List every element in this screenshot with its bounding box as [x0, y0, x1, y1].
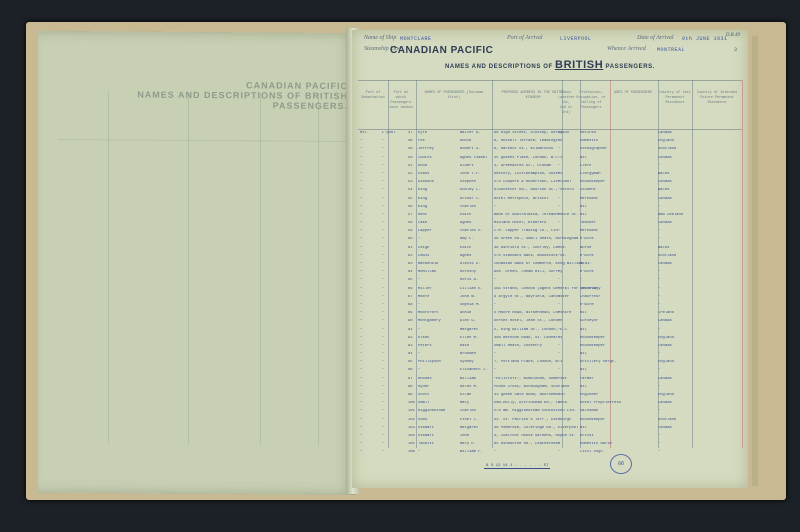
- table-row: ""99ScottAllan33 Queen Gate Road, Bourne…: [358, 392, 742, 400]
- cell-country: Canada: [658, 197, 672, 201]
- cell-address: 6, Harbour St., Kilmarnock: [494, 147, 553, 151]
- cell-cls: ": [558, 319, 560, 323]
- cell-given: William F.: [460, 450, 483, 454]
- cell-cls: ": [558, 295, 560, 299]
- cell-occ: Nil: [580, 262, 587, 266]
- cell-no: 51: [408, 164, 413, 168]
- cell-port: ": [382, 450, 384, 454]
- cell-occ: Stenographer: [580, 147, 607, 151]
- cell-occ: Engineer: [580, 393, 598, 397]
- cell-given: Charles: [460, 205, 476, 209]
- cell-given: William: [460, 377, 476, 381]
- cell-cls: ": [558, 139, 560, 143]
- cell-given: Walter A.: [460, 131, 481, 135]
- cell-surname: ": [418, 368, 420, 372]
- cell-embark: ": [360, 352, 362, 356]
- cell-given: Mary E.: [460, 442, 476, 446]
- table-row: ""104StewartJohn4, Chalfont House Garden…: [358, 433, 742, 441]
- table-row: ""90MontgomeryAlec G.Dorset Hotel, Jean …: [358, 318, 742, 326]
- cell-embark: ": [360, 254, 362, 258]
- cell-no: 104: [408, 434, 415, 438]
- cell-embark: ": [360, 147, 362, 151]
- cell-embark: ": [360, 336, 362, 340]
- cell-country: Canada: [658, 131, 672, 135]
- cell-cls: ": [558, 418, 560, 422]
- table-row: ""54KingDudley L.Gloucester Rd., Bourton…: [358, 187, 742, 195]
- cell-occ: Domestic Nurse: [580, 442, 612, 446]
- cell-embark: Mtl.: [360, 131, 369, 135]
- cell-country: Wales: [658, 188, 669, 192]
- cell-no: 57: [408, 213, 413, 217]
- cell-address: 46 Green Rd., Small Heath, Birmingham: [494, 237, 578, 241]
- cell-given: Amy L.: [460, 237, 474, 241]
- table-row: ""97RhodesWilliam"Hillcroft", Wimbledon,…: [358, 376, 742, 384]
- cell-port: ": [382, 205, 384, 209]
- cell-given: John T.F.: [460, 172, 481, 176]
- cell-given: Agnes Isabel: [460, 156, 487, 160]
- ghost-rule: [108, 91, 109, 443]
- table-row: ""103StewartMargaret46 Pembroke, Colerid…: [358, 425, 742, 433]
- table-row: ""49JeffreyRobert G.6, Harbour St., Kilm…: [358, 146, 742, 154]
- title-prefix: NAMES AND DESCRIPTIONS OF: [445, 64, 553, 70]
- cell-surname: Moore: [418, 295, 429, 299]
- cell-occ: Student: [580, 188, 596, 192]
- cell-embark: ": [360, 188, 362, 192]
- table-row: ""60"Amy L.46 Green Rd., Small Heath, Bi…: [358, 236, 742, 244]
- cell-surname: Miller: [418, 287, 432, 291]
- cell-port: ": [382, 418, 384, 422]
- col-header-future-residence: Country of Intended Future Permanent Res…: [694, 91, 740, 106]
- col-header-names: NAMES OF PASSENGERS (Surname first): [422, 91, 486, 101]
- cell-cls: ": [558, 205, 560, 209]
- cell-given: Bronwen: [460, 352, 476, 356]
- cell-country: England: [658, 360, 674, 364]
- whence-arrived-value: MONTREAL: [657, 47, 685, 53]
- cell-country: ": [658, 164, 660, 168]
- cell-address: "Hillcroft", Wimbledon, Somerset: [494, 377, 567, 381]
- cell-surname: Higginbotham: [418, 409, 445, 413]
- cell-port: ": [382, 180, 384, 184]
- cell-address: ": [494, 450, 496, 454]
- ghost-rule: [260, 92, 261, 444]
- cell-country: Ireland: [658, 311, 674, 315]
- cell-given: Stephen: [460, 180, 476, 184]
- table-row: ""57KentEdithBank of Australasia, Thread…: [358, 212, 742, 220]
- cell-country: ": [658, 368, 660, 372]
- cell-embark: ": [360, 344, 362, 348]
- circled-annotation: 66: [610, 454, 632, 474]
- cell-occ: Civil Engr.: [580, 450, 605, 454]
- table-row: ""52EvansJohn T.F.Rectory, Littlehampton…: [358, 171, 742, 179]
- port-of-arrival-value: LIVERPOOL: [560, 36, 592, 42]
- cell-given: Albert: [460, 164, 474, 168]
- cell-embark: ": [360, 385, 362, 389]
- cell-port: ": [382, 147, 384, 151]
- cell-country: ": [658, 237, 660, 241]
- cell-country: ": [658, 278, 660, 282]
- cell-port: ": [382, 278, 384, 282]
- cell-address: 4, Chalfont House Gardens, Ripon St.: [494, 434, 576, 438]
- cell-embark: ": [360, 270, 362, 274]
- cell-address: 48 Ashfield St., Chorley, Lancs.: [494, 246, 567, 250]
- cell-occ: H'wife: [580, 303, 594, 307]
- cell-no: 91: [408, 328, 413, 332]
- table-row: ""106"William F.""Civil Engr.": [358, 449, 742, 457]
- cell-port: ": [382, 197, 384, 201]
- cell-country: Wales: [658, 246, 669, 250]
- cell-cls: ": [558, 360, 560, 364]
- cell-port: ": [382, 393, 384, 397]
- cell-embark: ": [360, 278, 362, 282]
- cell-surname: ": [418, 278, 420, 282]
- cell-cls: ": [558, 246, 560, 250]
- cell-port: ": [382, 246, 384, 250]
- cell-address: 65 Ashbourne Rd., Leatherhead: [494, 442, 560, 446]
- cell-embark: ": [360, 328, 362, 332]
- cell-surname: Dodd: [418, 164, 427, 168]
- cell-cls: ": [558, 368, 560, 372]
- table-row: ""48FoxAnnie6, Russell Terrace, Leamingt…: [358, 138, 742, 146]
- cell-country: Scotland: [658, 418, 676, 422]
- cell-address: Small Heath, Coventry: [494, 344, 542, 348]
- cell-address: 388 Bethune Road, St. Leonards: [494, 336, 562, 340]
- cell-country: Scotland: [658, 254, 676, 258]
- cell-no: 49: [408, 147, 413, 151]
- cell-given: Alec G.: [460, 319, 476, 323]
- cell-occ: Nil: [580, 156, 587, 160]
- cell-occ: Nurse: [580, 246, 591, 250]
- cell-embark: ": [360, 393, 362, 397]
- cell-surname: King: [418, 205, 427, 209]
- cell-embark: ": [360, 409, 362, 413]
- cell-surname: Stewart: [418, 426, 434, 430]
- cell-port: ": [382, 221, 384, 225]
- cell-cls: ": [558, 385, 560, 389]
- cell-country: ": [658, 442, 660, 446]
- cell-surname: Coutts: [418, 156, 432, 160]
- cell-embark: ": [360, 418, 362, 422]
- cell-given: John: [460, 434, 469, 438]
- cell-country: England: [658, 336, 674, 340]
- col-header-last-residence: Country of last Permanent Residence: [658, 91, 692, 106]
- table-row: ""92OlsenEllen M.388 Bethune Road, St. L…: [358, 335, 742, 343]
- cell-country: Canada: [658, 180, 672, 184]
- cell-given: Doris A.: [460, 278, 478, 282]
- cell-surname: Rhodes: [418, 377, 432, 381]
- cell-no: 65: [408, 278, 413, 282]
- cell-cls: ": [558, 278, 560, 282]
- port-of-arrival-label: Port of Arrival: [507, 35, 543, 41]
- cell-country: ": [658, 270, 660, 274]
- cell-embark: ": [360, 156, 362, 160]
- cell-occ: H'wife: [580, 270, 594, 274]
- cell-port: ": [382, 156, 384, 160]
- table-row: ""50CouttsAgnes Isabel15 Queens Place, L…: [358, 155, 742, 163]
- cell-address: 46 Pembroke, Coleridge Rd., Liverpool: [494, 426, 578, 430]
- cell-address: 7, Portland Place, London, W.1: [494, 360, 562, 364]
- cell-country: New Zealand: [658, 213, 683, 217]
- cell-port: ": [382, 442, 384, 446]
- cell-surname: McMillan: [418, 270, 436, 274]
- cell-surname: Scott: [418, 393, 429, 397]
- cell-port: ": [382, 377, 384, 381]
- cell-country: Canada: [658, 156, 672, 160]
- cell-address: ": [494, 278, 496, 282]
- cell-surname: MacKenzie: [418, 262, 439, 266]
- cell-given: Arthur C.: [460, 197, 481, 201]
- cell-country: Scotland: [658, 147, 676, 151]
- cell-no: 50: [408, 156, 413, 160]
- table-row: ""94"Bronwen""Nil": [358, 351, 742, 359]
- cell-embark: ": [360, 434, 362, 438]
- cell-surname: Gibbons: [418, 180, 434, 184]
- cell-country: ": [658, 295, 660, 299]
- cell-given: Mary: [460, 401, 469, 405]
- cell-embark: ": [360, 319, 362, 323]
- cell-no: 100: [408, 401, 415, 405]
- left-page-ghost-title: CANADIAN PACIFIC NAMES AND DESCRIPTIONS …: [108, 79, 348, 111]
- cell-port: ": [382, 237, 384, 241]
- cell-surname: Kent: [418, 213, 427, 217]
- cell-cls: ": [558, 164, 560, 168]
- cell-cls: ": [558, 156, 560, 160]
- cell-country: Canada: [658, 377, 672, 381]
- cell-occ: Retired: [580, 131, 596, 135]
- cell-cls: ": [558, 180, 560, 184]
- date-of-arrival-value: 9th JUNE 1931: [682, 36, 728, 42]
- cell-no: 47: [408, 131, 413, 135]
- cell-embark: ": [360, 311, 362, 315]
- cell-surname: Evans: [418, 172, 429, 176]
- cell-embark: ": [360, 262, 362, 266]
- cell-country: ": [658, 450, 660, 454]
- cell-address: c/o Standard Bank, Woodstock St.: [494, 254, 567, 258]
- cell-surname: Olsen: [418, 336, 429, 340]
- cell-port: ": [382, 188, 384, 192]
- table-row: ""51DoddAlbert4, Greenacres St., Oldham"…: [358, 163, 742, 171]
- col-header-ages: AGES OF PASSENGERS: [610, 91, 656, 96]
- ghost-subtitle: NAMES AND DESCRIPTIONS OF BRITISH PASSEN…: [108, 89, 348, 111]
- table-row: ""64McMillanDorothyAve. Green, Cheam Hil…: [358, 269, 742, 277]
- cell-country: ": [658, 328, 660, 332]
- cell-embark: ": [360, 229, 362, 233]
- cell-no: 60: [408, 237, 413, 241]
- cell-cls: ": [558, 328, 560, 332]
- table-row: ""105TabbittMary E.65 Ashbourne Rd., Lea…: [358, 441, 742, 449]
- ship-name-value: MONTCLARE: [400, 36, 432, 42]
- cell-port: ": [382, 434, 384, 438]
- col-header-class: Class (whether 1st, 2nd or 3rd): [558, 91, 574, 116]
- totals-line: 8 3 12 14 1 . . . . . . 57: [484, 464, 550, 469]
- cell-cls: ": [558, 377, 560, 381]
- cell-occ: Housekeeper: [580, 180, 605, 184]
- cell-occ: Artillery Sergt.: [580, 360, 616, 364]
- cell-given: Annie: [460, 139, 471, 143]
- cell-no: 99: [408, 393, 413, 397]
- cell-address: Midland Hotel, Bradford: [494, 221, 546, 225]
- cell-given: Dorothy: [460, 270, 476, 274]
- cell-cls: ": [558, 434, 560, 438]
- steamship-line-value: CANADIAN PACIFIC: [390, 45, 493, 56]
- cell-given: Helen M.: [460, 385, 478, 389]
- cell-cls: ": [558, 287, 560, 291]
- cell-country: ": [658, 229, 660, 233]
- cell-port: ": [382, 295, 384, 299]
- cell-cls: ": [558, 213, 560, 217]
- cell-no: 95: [408, 360, 413, 364]
- cell-no: 103: [408, 426, 415, 430]
- cell-no: 105: [408, 442, 415, 446]
- cell-occ: Nil: [580, 426, 587, 430]
- cell-country: ": [658, 409, 660, 413]
- cell-port: ": [382, 287, 384, 291]
- cell-given: Ellen M.: [460, 336, 478, 340]
- table-row: ""68"Sophia M.""H'wife": [358, 302, 742, 310]
- cell-address: C.M. Lapper Trading Co., Ltd.: [494, 229, 560, 233]
- cell-country: Canada: [658, 401, 672, 405]
- cell-occ: Hotel Proprietress: [580, 401, 621, 405]
- manifest-page: D.R.49 Name of Ship MONTCLARE Port of Ar…: [352, 30, 748, 488]
- cell-country: Canada: [658, 262, 672, 266]
- cell-embark: ": [360, 246, 362, 250]
- cell-cls: ": [558, 409, 560, 413]
- cell-cls: ": [558, 352, 560, 356]
- cell-no: 67: [408, 295, 413, 299]
- cell-no: 92: [408, 336, 413, 340]
- cell-cls: ": [558, 336, 560, 340]
- col-header-embarkation: Port of Embarkation: [360, 91, 386, 101]
- cell-port: L'pool: [382, 131, 396, 135]
- cell-address: 4, Greenacres St., Oldham: [494, 164, 551, 168]
- cell-given: Ethel C.: [460, 418, 478, 422]
- cell-embark: ": [360, 221, 362, 225]
- cell-no: 106: [408, 450, 415, 454]
- cell-cls: ": [558, 188, 560, 192]
- cell-given: Dudley L.: [460, 188, 481, 192]
- cell-country: ": [658, 385, 660, 389]
- cell-country: Canada: [658, 319, 672, 323]
- cell-occ: H'wife: [580, 254, 594, 258]
- cell-cls: ": [558, 393, 560, 397]
- cell-occ: Housekeeper: [580, 336, 605, 340]
- cell-cls: ": [558, 172, 560, 176]
- cell-given: Robert G.: [460, 147, 481, 151]
- cell-given: John W.: [460, 295, 476, 299]
- col-header-port-landed: Port at which Passengers have landed: [388, 91, 414, 111]
- cell-cls: ": [558, 450, 560, 454]
- cell-country: England: [658, 393, 674, 397]
- cell-embark: ": [360, 303, 362, 307]
- cell-address: 33 Queen Gate Road, Bournemouth: [494, 393, 565, 397]
- cell-no: 66: [408, 287, 413, 291]
- cell-cls: ": [558, 229, 560, 233]
- cell-port: ": [382, 336, 384, 340]
- cell-address: ": [494, 352, 496, 356]
- cell-embark: ": [360, 213, 362, 217]
- table-row: ""56KingCharles""Nil": [358, 204, 742, 212]
- ghost-rule: [318, 93, 319, 445]
- cell-occ: Nil: [580, 328, 587, 332]
- cell-surname: Small: [418, 401, 429, 405]
- cell-occ: Nil: [580, 352, 587, 356]
- cell-no: 69: [408, 311, 413, 315]
- cell-occ: Nil: [580, 213, 587, 217]
- cell-country: Canada: [658, 426, 672, 430]
- cell-no: 55: [408, 197, 413, 201]
- cell-no: 58: [408, 221, 413, 225]
- cell-surname: Leigh: [418, 246, 429, 250]
- cell-cls: ": [558, 237, 560, 241]
- cell-occ: Nil: [580, 205, 587, 209]
- table-row: ""61LeighEdith48 Ashfield St., Chorley, …: [358, 245, 742, 253]
- cell-surname: King: [418, 197, 427, 201]
- title-british: BRITISH: [555, 59, 603, 71]
- cell-cls: ": [558, 426, 560, 430]
- cell-address: Hotel Metropole, Bristol: [494, 197, 549, 201]
- cell-embark: ": [360, 172, 362, 176]
- table-row: ""98RyderHelen M.Pound Cross, Birmingham…: [358, 384, 742, 392]
- cell-surname: Lake: [418, 221, 427, 225]
- cell-no: 62: [408, 254, 413, 258]
- cell-port: ": [382, 229, 384, 233]
- cell-occ: Salesman: [580, 409, 598, 413]
- cell-given: Charles E.: [460, 229, 483, 233]
- cell-country: England: [658, 139, 674, 143]
- cell-occ: Domestic: [580, 139, 598, 143]
- table-row: ""66MillerLillian E.183 Strand, London (…: [358, 286, 742, 294]
- cell-occ: Housekeeper: [580, 344, 605, 348]
- cell-given: Agnes: [460, 221, 471, 225]
- cell-embark: ": [360, 368, 362, 372]
- cell-address: Bank of Australasia, Threadneedle St.: [494, 213, 578, 217]
- cell-port: ": [382, 303, 384, 307]
- cell-port: ": [382, 254, 384, 258]
- cell-no: 93: [408, 344, 413, 348]
- cell-surname: Peters: [418, 344, 432, 348]
- cell-occ: Teacher: [580, 221, 596, 225]
- cell-address: Rectory, Littlehampton, Sussex: [494, 172, 562, 176]
- table-row: ""55KingArthur C.Hotel Metropole, Bristo…: [358, 196, 742, 204]
- cell-cls: ": [558, 311, 560, 315]
- manifest-title: NAMES AND DESCRIPTIONS OF BRITISH PASSEN…: [352, 59, 748, 71]
- cell-no: 59: [408, 229, 413, 233]
- cell-address: Ave. Green, Cheam Hill, Surrey: [494, 270, 562, 274]
- cell-surname: Montgomery: [418, 319, 441, 323]
- table-row: ""59LapperCharles E.C.M. Lapper Trading …: [358, 228, 742, 236]
- left-page-reverse: CANADIAN PACIFIC NAMES AND DESCRIPTIONS …: [38, 31, 356, 495]
- cell-port: ": [382, 352, 384, 356]
- cell-given: Sydney: [460, 360, 474, 364]
- cell-surname: Ryder: [418, 385, 429, 389]
- ghost-rule: [188, 92, 189, 444]
- cell-given: Elizabeth J.: [460, 368, 487, 372]
- cell-country: ": [658, 205, 660, 209]
- cell-no: 96: [408, 368, 413, 372]
- cell-no: 94: [408, 352, 413, 356]
- cell-given: Lillian E.: [460, 287, 483, 291]
- cell-surname: Sims: [418, 418, 427, 422]
- cell-surname: Jeffrey: [418, 147, 434, 151]
- cell-occ: Nil: [580, 368, 587, 372]
- cell-port: ": [382, 213, 384, 217]
- cell-surname: ": [418, 303, 420, 307]
- cell-address: c/o Wm. Higginbotham Exhibition Ltd.: [494, 409, 576, 413]
- cell-occ: Housekeeper: [580, 418, 605, 422]
- cell-embark: ": [360, 205, 362, 209]
- cell-port: ": [382, 164, 384, 168]
- cell-given: Sophia M.: [460, 303, 481, 307]
- cell-port: ": [382, 319, 384, 323]
